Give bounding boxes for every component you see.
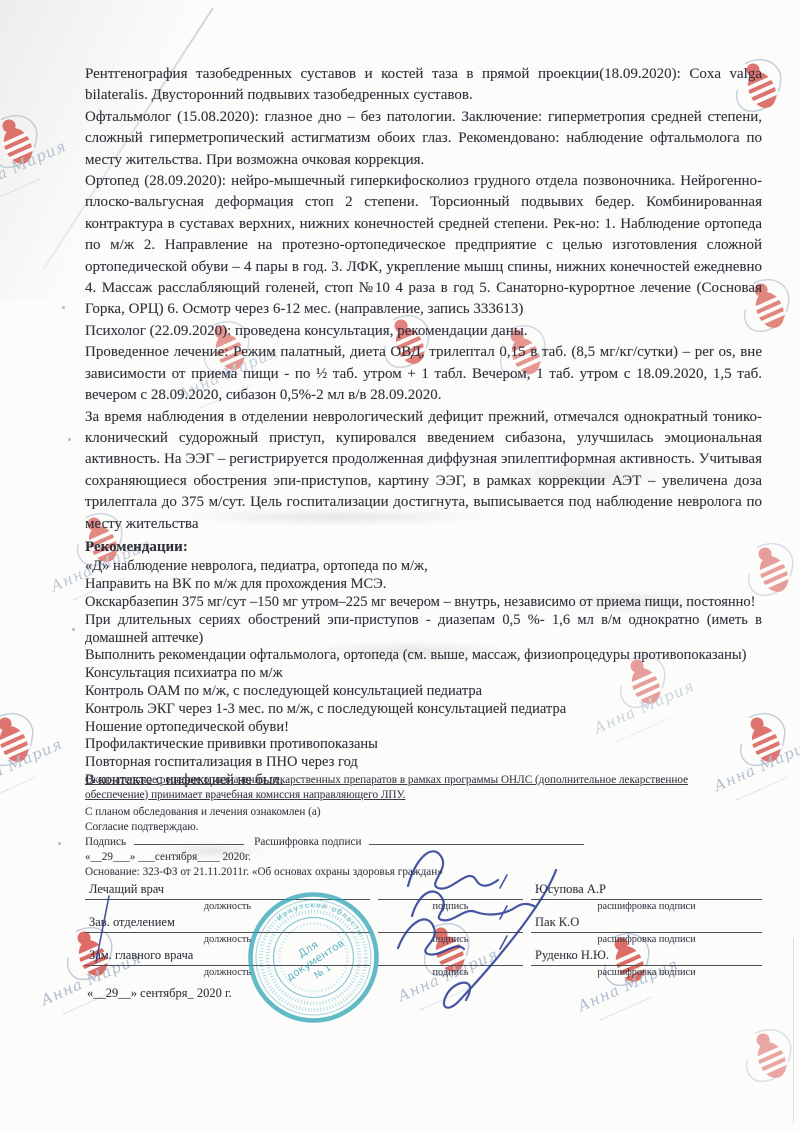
signature-date: «__29__» сентября_ 2020 г. <box>87 986 762 1001</box>
role-value: Зав. отделением <box>85 915 370 933</box>
decode-blank <box>369 834 584 845</box>
recommendations-heading: Рекомендации: <box>85 537 762 558</box>
final-decision-note: Окончательное решение о назначении лекар… <box>85 773 745 802</box>
anna-maria-logo-icon <box>0 710 40 770</box>
sign-caption: подпись <box>378 933 523 945</box>
paragraph-orthopedist: Ортопед (28.09.2020): нейро-мышечный гип… <box>85 171 762 321</box>
recommendation-line: Повторная госпитализация в ПНО через год <box>85 754 762 772</box>
signature-row-deputy-chief: Зам. главного врачадолжность подпись Руд… <box>85 948 762 978</box>
recommendation-line: Выполнить рекомендации офтальмолога, орт… <box>85 647 762 665</box>
recommendation-line: Контроль ОАМ по м/ж, с последующей консу… <box>85 683 762 701</box>
signature-label: Подпись <box>85 836 126 848</box>
recommendation-line: При длительных сериях обострений эпи-при… <box>85 612 762 648</box>
signature-line: ПодписьРасшифровка подписи <box>85 834 745 850</box>
anna-maria-logo-icon <box>742 1026 798 1086</box>
date-line: «__29___» ___сентября____ 2020г. <box>85 850 745 865</box>
scan-speck <box>62 306 65 309</box>
name-caption: расшифровка подписи <box>531 966 762 978</box>
scan-speck <box>58 842 61 845</box>
report-body: Рентгенография тазобедренных суставов и … <box>85 64 762 790</box>
signature-blank <box>134 834 244 845</box>
paragraph-xray: Рентгенография тазобедренных суставов и … <box>85 64 762 107</box>
recommendation-line: Консультация психиатра по м/ж <box>85 665 762 683</box>
recommendation-line: Ношение ортопедической обуви! <box>85 719 762 737</box>
recommendation-line: «Д» наблюдение невролога, педиатра, орто… <box>85 558 762 576</box>
name-caption: расшифровка подписи <box>531 900 762 912</box>
recommendation-line: Направить на ВК по м/ж для прохождения М… <box>85 576 762 594</box>
name-value: Руденко Н.Ю. <box>531 948 762 966</box>
role-value: Зам. главного врача <box>85 948 370 966</box>
sign-field <box>378 882 523 900</box>
scan-speck <box>72 628 75 631</box>
decode-label: Расшифровка подписи <box>254 836 361 848</box>
signature-row-head-of-dept: Зав. отделениемдолжность подпись Пак К.О… <box>85 915 762 945</box>
anna-maria-watermark: Анна Мария <box>0 710 96 810</box>
name-value: Юсупова А.Р <box>531 882 762 900</box>
role-caption: должность <box>85 933 370 945</box>
recommendation-line: Профилактические прививки противопоказан… <box>85 736 762 754</box>
paragraph-observation: За время наблюдения в отделении невролог… <box>85 407 762 535</box>
name-caption: расшифровка подписи <box>531 933 762 945</box>
name-value: Пак К.О <box>531 915 762 933</box>
legal-block: Окончательное решение о назначении лекар… <box>85 773 745 879</box>
recommendation-line: Окскарбазепин 375 мг/сут –150 мг утром–2… <box>85 594 762 612</box>
signature-table: Лечащий врачдолжность подпись Юсупова А.… <box>85 882 762 1001</box>
sign-caption: подпись <box>378 900 523 912</box>
sign-field <box>378 948 523 966</box>
scan-speck <box>68 438 71 441</box>
paragraph-ophthalmologist: Офтальмолог (15.08.2020): глазное дно – … <box>85 107 762 171</box>
recommendation-line: Контроль ЭКГ через 1-3 мес. по м/ж, с по… <box>85 701 762 719</box>
sign-caption: подпись <box>378 966 523 978</box>
scan-edge-line <box>793 938 794 1123</box>
basis-line: Основание: 323-ФЗ от 21.11.2011г. «Об ос… <box>85 865 745 880</box>
role-caption: должность <box>85 966 370 978</box>
sign-field <box>378 915 523 933</box>
plan-acknowledgement: С планом обследования и лечения ознакомл… <box>85 805 745 820</box>
document-page: Анна Мария Анна Мария Анна Мария Анна Ма… <box>0 0 800 1130</box>
anna-maria-watermark: Анна Мария <box>724 1026 800 1126</box>
paragraph-treatment: Проведенное лечение: Режим палатный, дие… <box>85 342 762 406</box>
consent-line: Согласие подтверждаю. <box>85 820 745 835</box>
role-value: Лечащий врач <box>85 882 370 900</box>
role-caption: должность <box>85 900 370 912</box>
paragraph-psychologist: Психолог (22.09.2020): проведена консуль… <box>85 321 762 342</box>
signature-row-attending: Лечащий врачдолжность подпись Юсупова А.… <box>85 882 762 912</box>
